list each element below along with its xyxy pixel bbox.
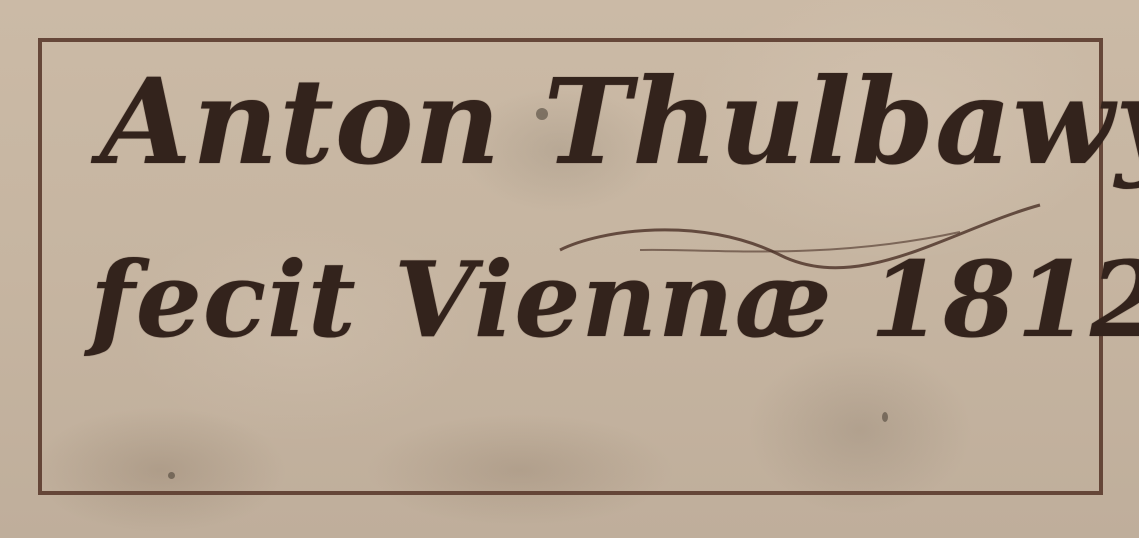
made-in-vienna-year: fecit Viennæ 1812.: [90, 238, 1139, 361]
violin-label-paper: Anton Thulbawy fecit Viennæ 1812.: [0, 0, 1139, 538]
maker-name: Anton Thulbawy: [100, 52, 1139, 191]
ink-spot: [536, 108, 548, 120]
ink-spot: [168, 472, 175, 479]
ink-spot: [882, 412, 888, 422]
